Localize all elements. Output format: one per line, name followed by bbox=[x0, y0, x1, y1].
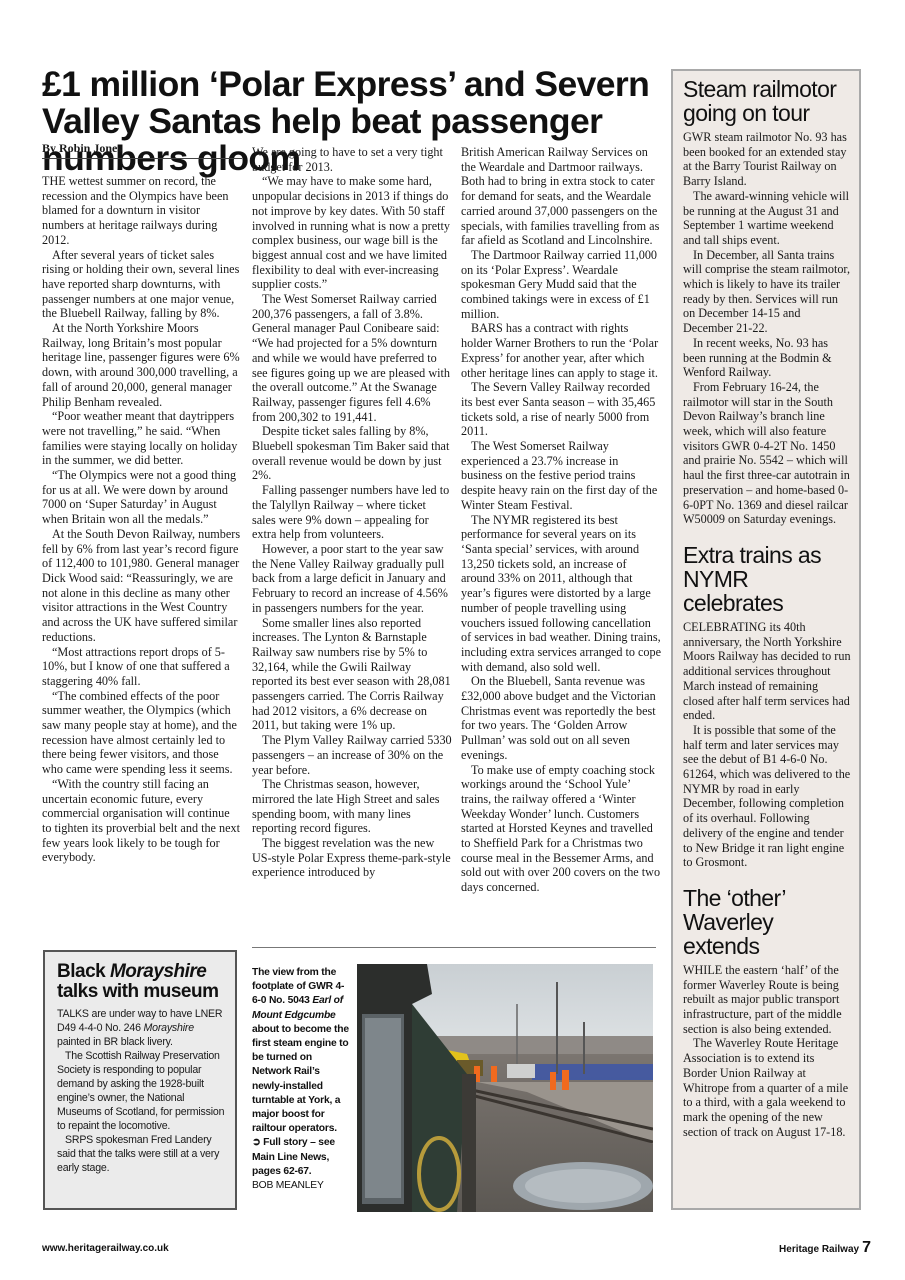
paragraph: The Dartmoor Railway carried 11,000 on i… bbox=[461, 248, 661, 322]
boxout-title-text: Black bbox=[57, 961, 110, 982]
sidebar-story-title: Steam railmotor going on tour bbox=[683, 77, 851, 125]
publication-name: Heritage Railway bbox=[779, 1244, 859, 1255]
paragraph: “Most attractions report drops of 5-10%,… bbox=[42, 645, 242, 689]
paragraph: The West Somerset Railway experienced a … bbox=[461, 439, 661, 513]
paragraph: GWR steam railmotor No. 93 has been book… bbox=[683, 130, 851, 189]
article-column-3: British American Railway Services on the… bbox=[461, 145, 661, 895]
paragraph: After several years of ticket sales risi… bbox=[42, 248, 242, 322]
paragraph: British American Railway Services on the… bbox=[461, 145, 661, 248]
paragraph: To make use of empty coaching stock work… bbox=[461, 763, 661, 895]
footer-website: www.heritagerailway.co.uk bbox=[42, 1243, 169, 1254]
paragraph: WHILE the eastern ‘half’ of the former W… bbox=[683, 963, 851, 1037]
photo-caption: The view from the footplate of GWR 4-6-0… bbox=[252, 966, 352, 1193]
paragraph: “The Olympics were not a good thing for … bbox=[42, 468, 242, 527]
sidebar-story-body: GWR steam railmotor No. 93 has been book… bbox=[683, 130, 851, 527]
news-sidebar: Steam railmotor going on tour GWR steam … bbox=[671, 69, 861, 1210]
paragraph: In December, all Santa trains will compr… bbox=[683, 248, 851, 336]
paragraph: It is possible that some of the half ter… bbox=[683, 723, 851, 870]
turntable-photo bbox=[357, 964, 653, 1212]
paragraph: The NYMR registered its best performance… bbox=[461, 513, 661, 675]
paragraph: BARS has a contract with rights holder W… bbox=[461, 321, 661, 380]
paragraph: The Christmas season, however, mirrored … bbox=[252, 777, 452, 836]
boxout-title-italic: Morayshire bbox=[110, 961, 206, 982]
paragraph: “The combined effects of the poor summer… bbox=[42, 689, 242, 777]
paragraph: SRPS spokesman Fred Landery said that th… bbox=[57, 1133, 227, 1175]
page-number: 7 bbox=[862, 1239, 871, 1256]
sidebar-story-title: Extra trains as NYMR celebrates bbox=[683, 543, 851, 615]
paragraph: However, a poor start to the year saw th… bbox=[252, 542, 452, 616]
paragraph: The biggest revelation was the new US-st… bbox=[252, 836, 452, 880]
paragraph: The award-winning vehicle will be runnin… bbox=[683, 189, 851, 248]
footer-publication: Heritage Railway7 bbox=[779, 1239, 871, 1257]
article-column-1: THE wettest summer on record, the recess… bbox=[42, 174, 242, 865]
paragraph: The Severn Valley Railway recorded its b… bbox=[461, 380, 661, 439]
paragraph: The Waverley Route Heritage Association … bbox=[683, 1036, 851, 1139]
sidebar-story-title: The ‘other’ Waverley extends bbox=[683, 886, 851, 958]
photo-illustration bbox=[357, 964, 653, 1212]
paragraph: The Plym Valley Railway carried 5330 pas… bbox=[252, 733, 452, 777]
paragraph: “Poor weather meant that daytrippers wer… bbox=[42, 409, 242, 468]
paragraph: Despite ticket sales falling by 8%, Blue… bbox=[252, 424, 452, 483]
cross-reference-link: Full story – see Main Line News, pages 6… bbox=[252, 1137, 335, 1176]
paragraph: At the North Yorkshire Moors Railway, lo… bbox=[42, 321, 242, 409]
paragraph: Some smaller lines also reported increas… bbox=[252, 616, 452, 734]
boxout-title-text: talks with museum bbox=[57, 981, 219, 1002]
sidebar-story-body: CELEBRATING its 40th anniversary, the No… bbox=[683, 620, 851, 870]
paragraph: “With the country still facing an uncert… bbox=[42, 777, 242, 865]
paragraph: THE wettest summer on record, the recess… bbox=[42, 174, 242, 248]
boxout-title: Black Morayshire talks with museum bbox=[57, 962, 227, 1002]
morayshire-boxout: Black Morayshire talks with museum TALKS… bbox=[43, 950, 237, 1210]
paragraph: From February 16-24, the railmotor will … bbox=[683, 380, 851, 527]
boxout-body: TALKS are under way to have LNER D49 4-4… bbox=[57, 1007, 227, 1175]
paragraph: In recent weeks, No. 93 has been running… bbox=[683, 336, 851, 380]
column-divider bbox=[252, 947, 656, 948]
photo-credit: BOB MEANLEY bbox=[252, 1179, 352, 1193]
byline: By Robin Jones bbox=[42, 141, 242, 159]
paragraph: The Scottish Railway Preservation Societ… bbox=[57, 1049, 227, 1133]
paragraph: CELEBRATING its 40th anniversary, the No… bbox=[683, 620, 851, 723]
paragraph: On the Bluebell, Santa revenue was £32,0… bbox=[461, 674, 661, 762]
paragraph: The West Somerset Railway carried 200,37… bbox=[252, 292, 452, 424]
arrow-icon: ➲ bbox=[252, 1137, 260, 1148]
paragraph: At the South Devon Railway, numbers fell… bbox=[42, 527, 242, 645]
paragraph: TALKS are under way to have LNER D49 4-4… bbox=[57, 1007, 227, 1049]
paragraph: Falling passenger numbers have led to th… bbox=[252, 483, 452, 542]
paragraph: We are going to have to set a very tight… bbox=[252, 145, 452, 174]
article-column-2: We are going to have to set a very tight… bbox=[252, 145, 452, 880]
paragraph: “We may have to make some hard, unpopula… bbox=[252, 174, 452, 292]
sidebar-story-body: WHILE the eastern ‘half’ of the former W… bbox=[683, 963, 851, 1139]
